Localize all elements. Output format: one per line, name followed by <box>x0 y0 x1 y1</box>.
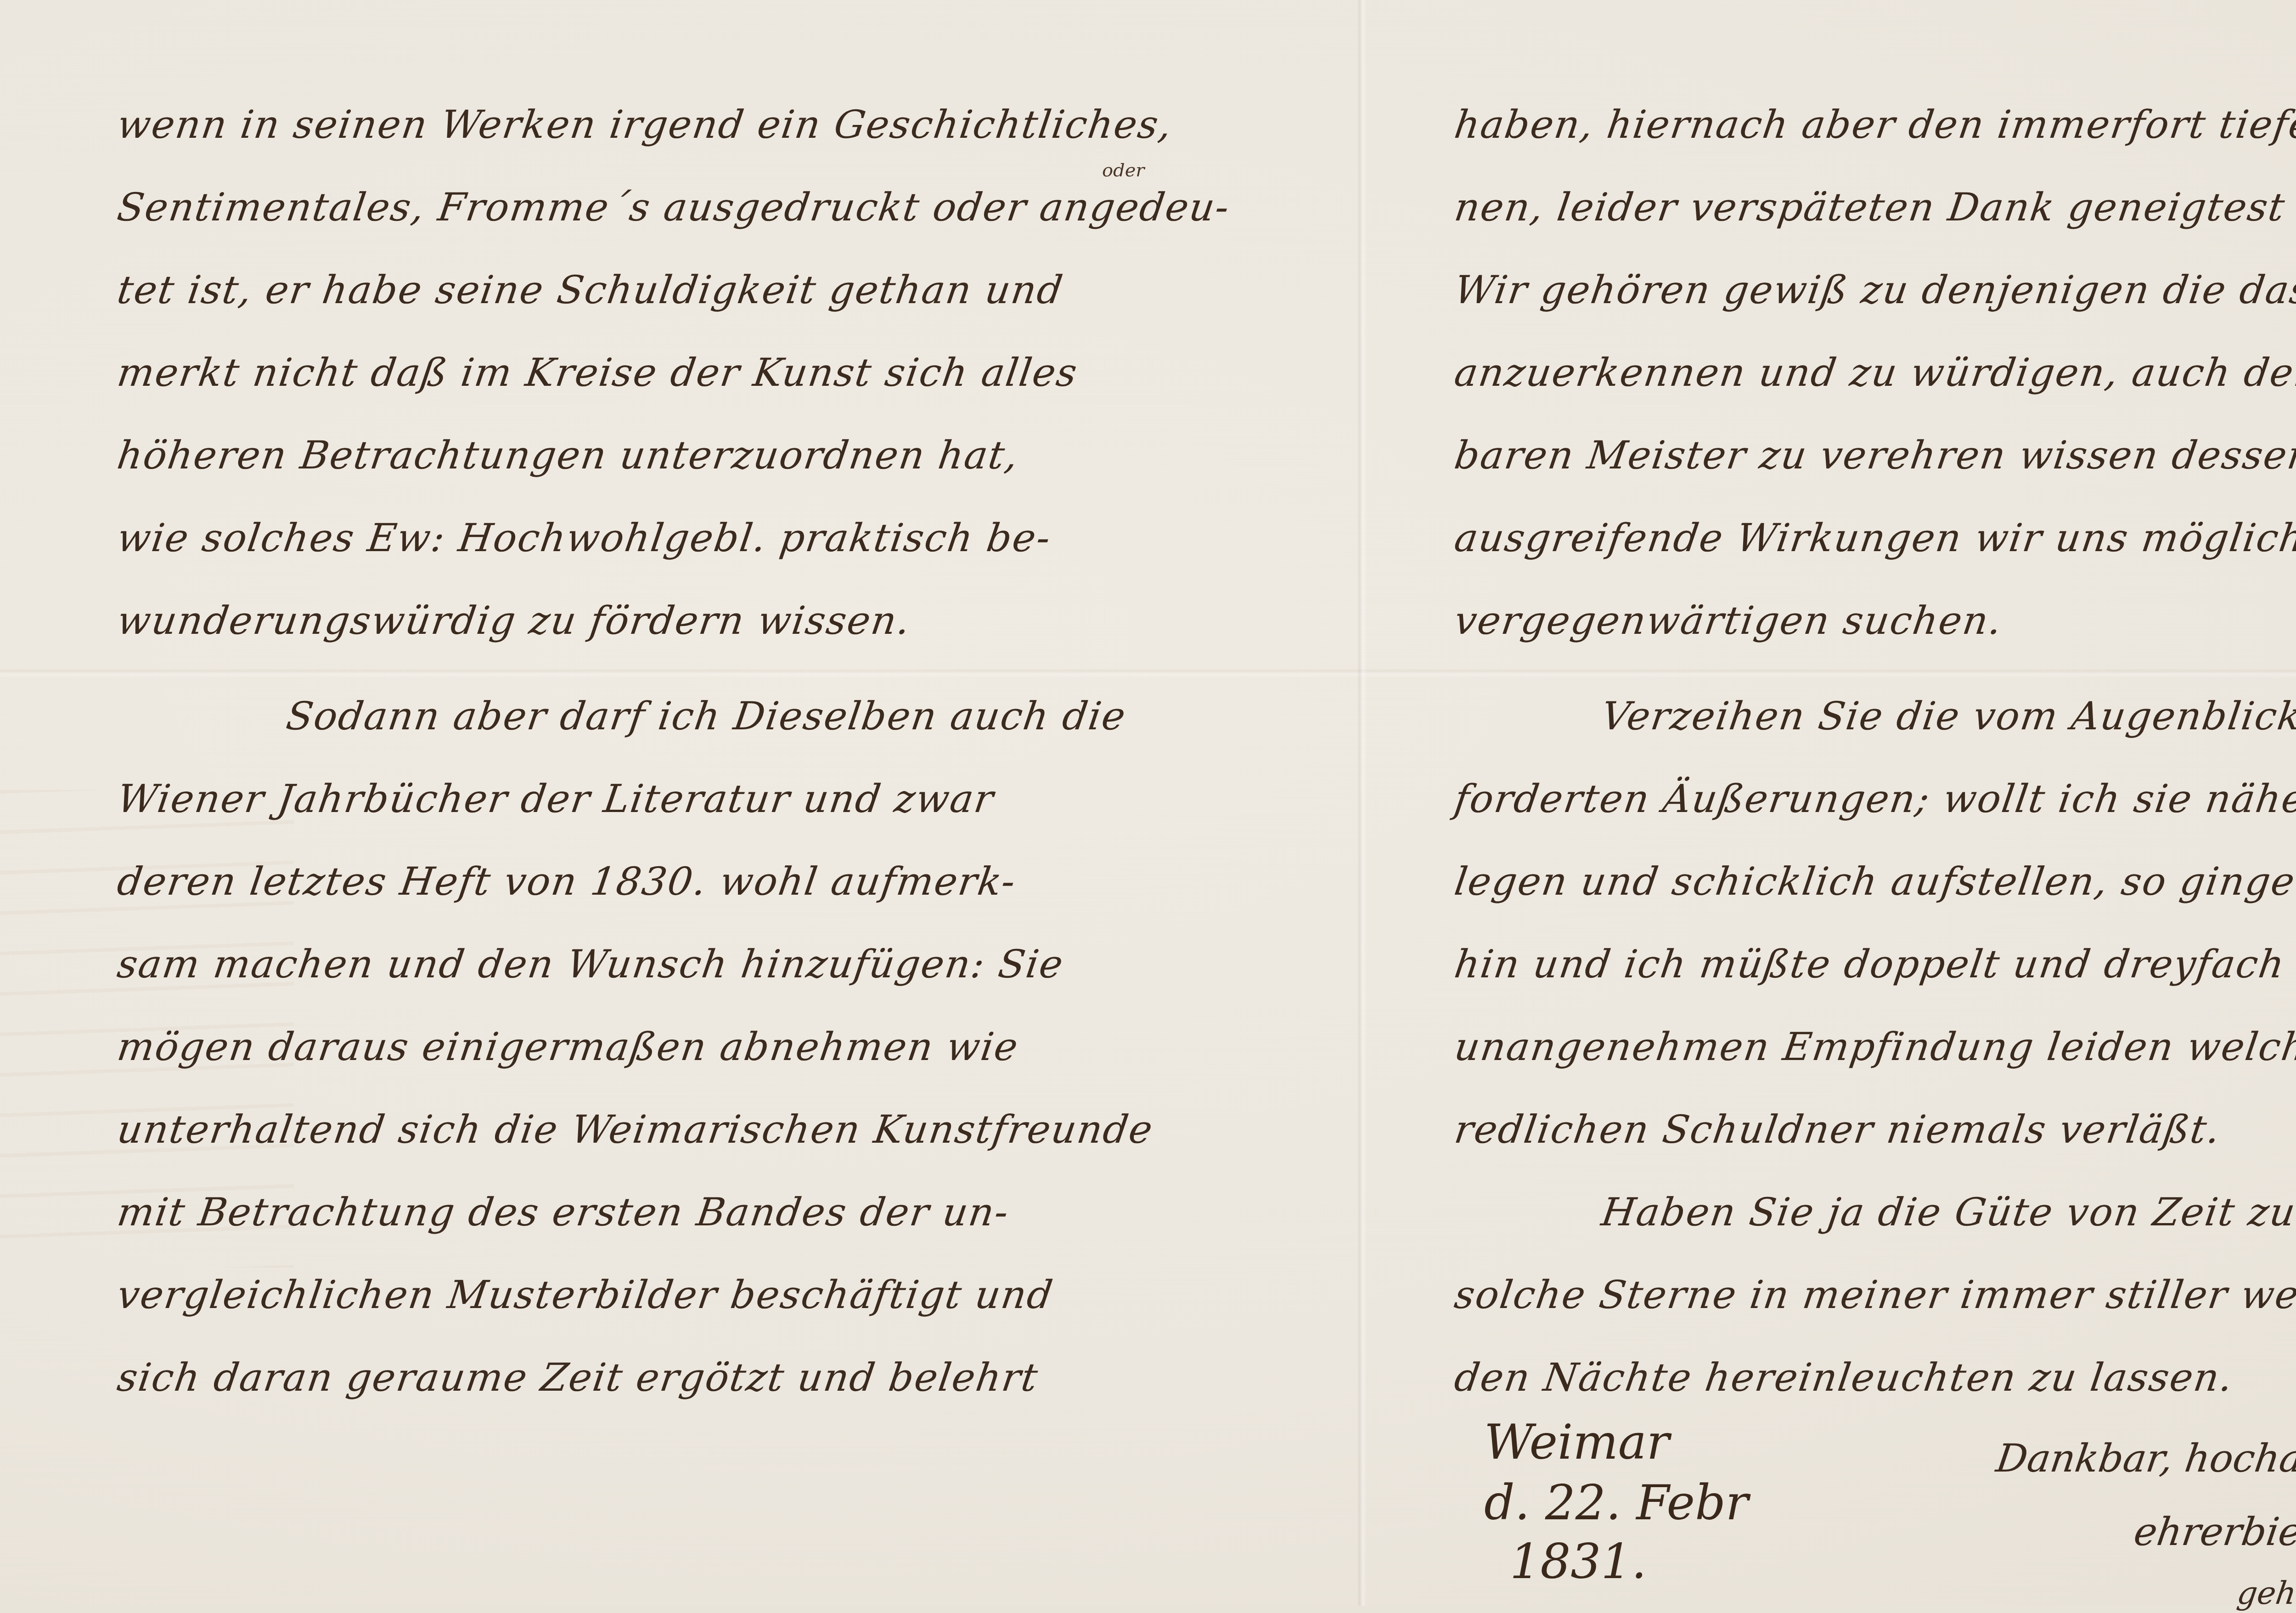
text-line: tet ist, er habe seine Schuldigkeit geth… <box>115 272 1066 310</box>
text-line: anzuerkennen und zu würdigen, auch den w… <box>1452 355 2296 393</box>
letter-scan: wenn in seinen Werken irgend ein Geschic… <box>0 0 2296 1606</box>
text-line: Wir gehören gewiß zu denjenigen die das … <box>1452 272 2296 310</box>
text-line: den Nächte hereinleuchten zu lassen. <box>1452 1359 2236 1398</box>
right-page: haben, hiernach aber den immerfort tiefe… <box>1363 0 2296 1606</box>
left-page: wenn in seinen Werken irgend ein Geschic… <box>0 0 1359 1606</box>
text-line: hin und ich müßte doppelt und dreyfach a… <box>1452 946 2296 985</box>
text-line: sam machen und den Wunsch hinzufügen: Si… <box>115 946 1066 985</box>
closing-line-1: Dankbar, hochachtungsvoll <box>1993 1437 2296 1481</box>
text-line: wie solches Ew: Hochwohlgebl. praktisch … <box>115 520 1053 558</box>
text-line: deren letztes Heft von 1830. wohl aufmer… <box>115 863 1019 902</box>
text-line: höheren Betrachtungen unterzuordnen hat, <box>115 437 1021 476</box>
text-line: mögen daraus einigermaßen abnehmen wie <box>115 1029 1021 1067</box>
interlinear-note: oder <box>1102 162 1145 182</box>
dateline-day: d. 22. Febr <box>1484 1474 1749 1534</box>
text-line: merkt nicht daß im Kreise der Kunst sich… <box>115 355 1080 393</box>
text-line-paragraph-start: Haben Sie ja die Güte von Zeit zu Zeit <box>1599 1194 2296 1233</box>
text-line: redlichen Schuldner niemals verläßt. <box>1452 1111 2223 1150</box>
text-line: Wiener Jahrbücher der Literatur und zwar <box>115 781 996 819</box>
text-line: unangenehmen Empfindung leiden welche de… <box>1452 1029 2296 1067</box>
text-line: solche Sterne in meiner immer stiller we… <box>1452 1277 2296 1315</box>
text-line-paragraph-start: Sodann aber darf ich Dieselben auch die <box>284 698 1128 737</box>
text-line: vergegenwärtigen suchen. <box>1452 603 2005 641</box>
text-line: haben, hiernach aber den immerfort tiefe… <box>1452 107 2296 145</box>
text-line: nen, leider verspäteten Dank geneigtest … <box>1452 189 2296 228</box>
text-line: Sentimentales, Fromme´s ausgedruckt oder… <box>115 189 1232 228</box>
dateline: Weimar d. 22. Febr 1831. <box>1484 1415 1749 1594</box>
text-line: forderten Äußerungen; wollt ich sie nähe… <box>1452 781 2296 819</box>
text-line: baren Meister zu verehren wissen dessen … <box>1452 437 2296 476</box>
text-line: unterhaltend sich die Weimarischen Kunst… <box>115 1111 1156 1150</box>
text-line: ausgreifende Wirkungen wir uns möglichst… <box>1452 520 2296 558</box>
text-line: sich daran geraume Zeit ergötzt und bele… <box>115 1359 1041 1398</box>
text-line: wunderungswürdig zu fördern wissen. <box>115 603 913 641</box>
text-line: wenn in seinen Werken irgend ein Geschic… <box>115 107 1175 145</box>
text-line: vergleichlichen Musterbilder beschäftigt… <box>115 1277 1056 1315</box>
closing-line-2: ehrerbietigst <box>2131 1510 2296 1554</box>
text-line-paragraph-start: Verzeihen Sie die vom Augenblick abge- <box>1599 698 2296 737</box>
text-line: legen und schicklich aufstellen, so ging… <box>1452 863 2296 902</box>
dateline-year: 1831. <box>1484 1534 1749 1594</box>
closing-line-3: gehorsamster Diener <box>2234 1576 2296 1606</box>
text-line: mit Betrachtung des ersten Bandes der un… <box>115 1194 1012 1233</box>
dateline-place: Weimar <box>1484 1415 1749 1474</box>
